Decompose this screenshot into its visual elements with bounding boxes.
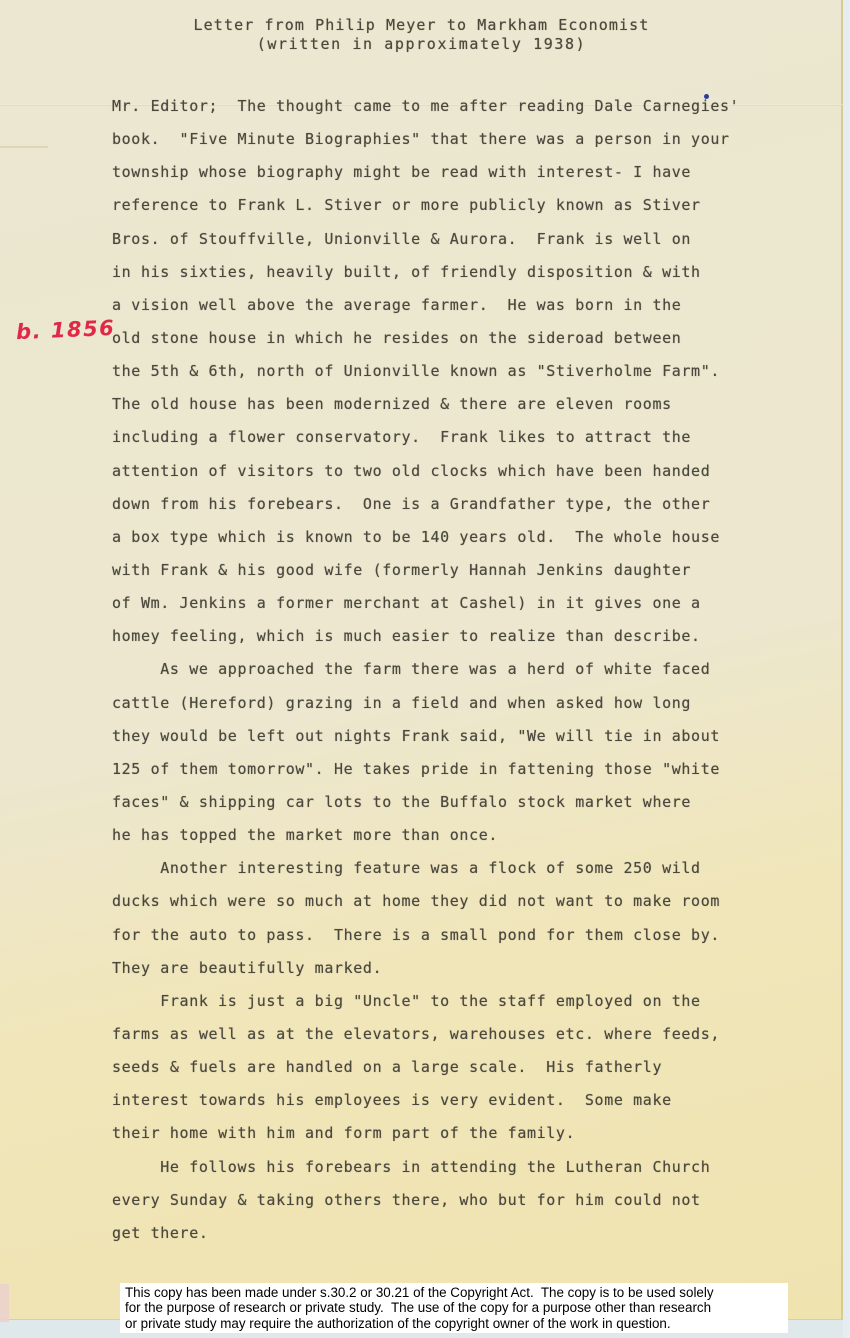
letter-line: attention of visitors to two old clocks … bbox=[112, 455, 792, 488]
letter-line: As we approached the farm there was a he… bbox=[112, 653, 792, 686]
letter-line: 125 of them tomorrow". He takes pride in… bbox=[112, 753, 792, 786]
letter-line: he has topped the market more than once. bbox=[112, 819, 792, 852]
handwritten-birthyear-annotation: b. 1856 bbox=[16, 316, 116, 344]
copyright-notice-line2: for the purpose of research or private s… bbox=[125, 1300, 783, 1315]
letter-line: Frank is just a big "Uncle" to the staff… bbox=[112, 985, 792, 1018]
letter-line: for the auto to pass. There is a small p… bbox=[112, 919, 792, 952]
copyright-notice: This copy has been made under s.30.2 or … bbox=[120, 1283, 788, 1333]
letter-line: a vision well above the average farmer. … bbox=[112, 289, 792, 322]
letter-line: every Sunday & taking others there, who … bbox=[112, 1184, 792, 1217]
letter-line: with Frank & his good wife (formerly Han… bbox=[112, 554, 792, 587]
scanned-letter-screenshot: { "page": { "title_line1": "Letter from … bbox=[0, 0, 850, 1338]
letter-line: in his sixties, heavily built, of friend… bbox=[112, 256, 792, 289]
letter-line: Another interesting feature was a flock … bbox=[112, 852, 792, 885]
copyright-notice-line1: This copy has been made under s.30.2 or … bbox=[125, 1285, 783, 1300]
letter-line: ducks which were so much at home they di… bbox=[112, 885, 792, 918]
letter-line: down from his forebears. One is a Grandf… bbox=[112, 488, 792, 521]
letter-page: Letter from Philip Meyer to Markham Econ… bbox=[0, 0, 843, 1320]
paper-crease-small bbox=[0, 146, 48, 148]
letter-title: Letter from Philip Meyer to Markham Econ… bbox=[0, 16, 843, 54]
letter-line: a box type which is known to be 140 year… bbox=[112, 521, 792, 554]
scanner-background-right-strip bbox=[843, 0, 850, 1338]
letter-line: seeds & fuels are handled on a large sca… bbox=[112, 1051, 792, 1084]
letter-line: township whose biography might be read w… bbox=[112, 156, 792, 189]
letter-line: Mr. Editor; The thought came to me after… bbox=[112, 90, 792, 123]
letter-line: faces" & shipping car lots to the Buffal… bbox=[112, 786, 792, 819]
copyright-notice-line3: or private study may require the authori… bbox=[125, 1316, 783, 1331]
letter-line: get there. bbox=[112, 1217, 792, 1250]
letter-line: the 5th & 6th, north of Unionville known… bbox=[112, 355, 792, 388]
letter-body: Mr. Editor; The thought came to me after… bbox=[112, 90, 792, 1250]
letter-line: The old house has been modernized & ther… bbox=[112, 388, 792, 421]
letter-line: He follows his forebears in attending th… bbox=[112, 1151, 792, 1184]
letter-line: homey feeling, which is much easier to r… bbox=[112, 620, 792, 653]
letter-title-line2: (written in approximately 1938) bbox=[0, 35, 843, 54]
letter-line: interest towards his employees is very e… bbox=[112, 1084, 792, 1117]
letter-line: They are beautifully marked. bbox=[112, 952, 792, 985]
letter-line: including a flower conservatory. Frank l… bbox=[112, 421, 792, 454]
paper-stain bbox=[0, 1284, 9, 1322]
letter-line: Bros. of Stouffville, Unionville & Auror… bbox=[112, 223, 792, 256]
letter-line: cattle (Hereford) grazing in a field and… bbox=[112, 687, 792, 720]
letter-line: they would be left out nights Frank said… bbox=[112, 720, 792, 753]
letter-line: old stone house in which he resides on t… bbox=[112, 322, 792, 355]
letter-line: reference to Frank L. Stiver or more pub… bbox=[112, 189, 792, 222]
letter-title-line1: Letter from Philip Meyer to Markham Econ… bbox=[0, 16, 843, 35]
letter-line: farms as well as at the elevators, wareh… bbox=[112, 1018, 792, 1051]
letter-line: of Wm. Jenkins a former merchant at Cash… bbox=[112, 587, 792, 620]
letter-line: book. "Five Minute Biographies" that the… bbox=[112, 123, 792, 156]
letter-line: their home with him and form part of the… bbox=[112, 1117, 792, 1150]
